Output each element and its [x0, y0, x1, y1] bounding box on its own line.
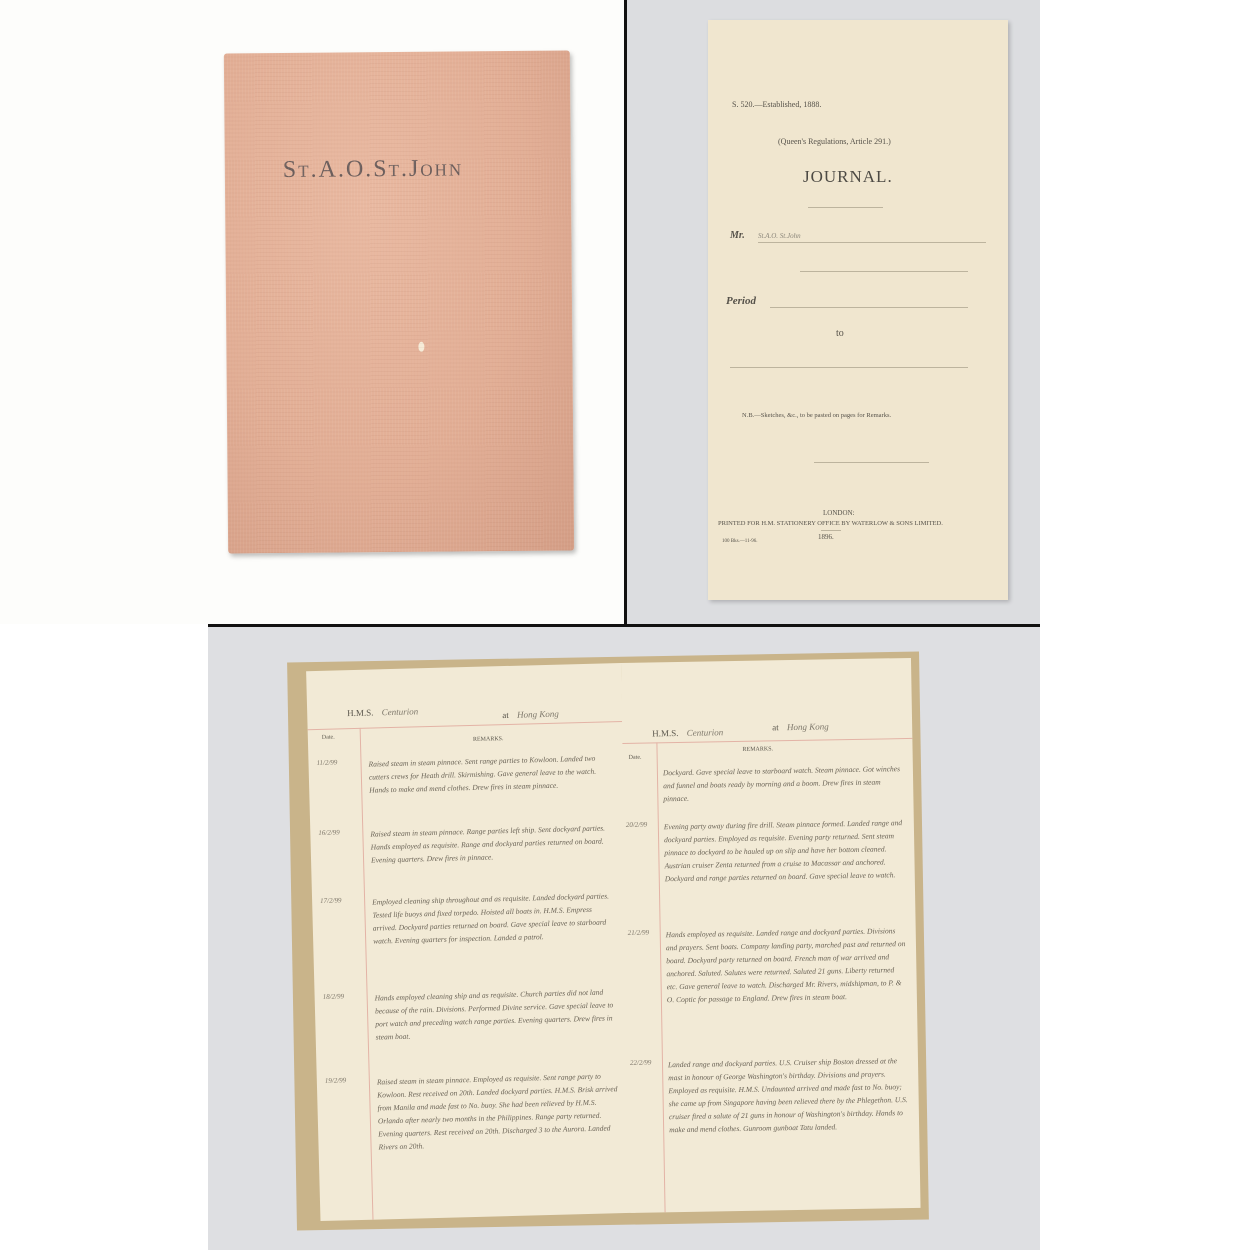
right-header: H.M.S. Centurion [652, 727, 723, 738]
book-cover: St.A.O.St.John [224, 50, 574, 553]
open-ledger-photo-panel: H.M.S. Centurion at Hong Kong Date. REMA… [208, 627, 1040, 1250]
heading-rule [808, 207, 883, 208]
remarks-header: REMARKS. [473, 736, 504, 743]
mr-name: St.A.O. St.John [758, 232, 801, 240]
panel-divider-vertical [624, 0, 627, 626]
form-reference: S. 520.—Established, 1888. [732, 100, 821, 109]
entry-text: Hands employed as requisite. Landed rang… [666, 924, 907, 1006]
right-location: at Hong Kong [772, 721, 829, 732]
mr-line-2 [800, 271, 968, 272]
left-header: H.M.S. Centurion [347, 706, 418, 718]
entry-text: Employed cleaning ship throughout and as… [372, 889, 618, 947]
date-column-rule [656, 742, 665, 1212]
publisher-line: PRINTED FOR H.M. STATIONERY OFFICE BY WA… [718, 520, 943, 527]
to-label: to [836, 328, 844, 339]
sketch-note: N.B.—Sketches, &c., to be pasted on page… [742, 412, 891, 419]
date-header: Date. [629, 755, 642, 761]
regulations-note: (Queen's Regulations, Article 291.) [778, 137, 891, 146]
location-name: Hong Kong [517, 709, 559, 720]
location-name: Hong Kong [787, 721, 829, 732]
title-page-photo-panel: S. 520.—Established, 1888. (Queen's Regu… [626, 0, 1040, 624]
ledger-left-page: H.M.S. Centurion at Hong Kong Date. REMA… [306, 663, 635, 1221]
date-column-rule [360, 728, 374, 1220]
hms-label: H.M.S. [347, 707, 374, 718]
ledger-right-page: H.M.S. Centurion at Hong Kong Date. REMA… [621, 658, 921, 1213]
ship-name: Centurion [382, 706, 419, 717]
header-rule [622, 738, 912, 744]
entry-text: Raised steam in steam pinnace. Employed … [377, 1069, 624, 1153]
date-header: Date. [322, 735, 335, 741]
publisher-city: LONDON: [823, 509, 855, 517]
entry-date: 20/2/99 [626, 821, 648, 829]
left-location: at Hong Kong [502, 709, 559, 720]
entry-date: 19/2/99 [325, 1076, 347, 1085]
mr-label: Mr. [730, 230, 745, 241]
at-label: at [772, 722, 779, 732]
year-rule [821, 530, 841, 531]
entry-text: Hands employed cleaning ship and as requ… [375, 985, 621, 1043]
period-end-line [730, 367, 968, 368]
period-line [770, 307, 968, 308]
header-rule [308, 721, 623, 730]
entry-text: Raised steam in steam pinnace. Sent rang… [368, 751, 614, 796]
entry-date: 21/2/99 [628, 929, 650, 937]
hms-label: H.M.S. [652, 728, 678, 738]
entry-date: 16/2/99 [318, 828, 340, 837]
publication-year: 1896. [818, 533, 834, 541]
entry-text: Evening party away during fire drill. St… [664, 816, 905, 885]
remarks-header: REMARKS. [742, 746, 773, 753]
entry-text: Raised steam in steam pinnace. Range par… [370, 821, 616, 866]
cover-photo-panel: St.A.O.St.John [0, 0, 624, 624]
entry-date: 22/2/99 [630, 1059, 652, 1067]
panel-divider-horizontal [208, 624, 1040, 627]
entry-text: Dockyard. Gave special leave to starboar… [663, 762, 904, 805]
journal-title-page: S. 520.—Established, 1888. (Queen's Regu… [708, 20, 1008, 600]
print-code: 100 Bks.—11-96. [722, 539, 758, 544]
entry-date: 11/2/99 [316, 758, 337, 767]
entry-date: 18/2/99 [323, 992, 345, 1001]
note-rule [814, 462, 929, 463]
cover-scuff-mark [418, 342, 424, 352]
ship-name: Centurion [687, 727, 724, 738]
cover-title: St.A.O.St.John [283, 155, 464, 184]
period-label: Period [726, 295, 756, 307]
mr-line [758, 242, 986, 243]
entry-date: 17/2/99 [320, 896, 342, 905]
journal-heading: JOURNAL. [803, 167, 893, 187]
at-label: at [502, 710, 509, 720]
entry-text: Landed range and dockyard parties. U.S. … [668, 1054, 909, 1136]
